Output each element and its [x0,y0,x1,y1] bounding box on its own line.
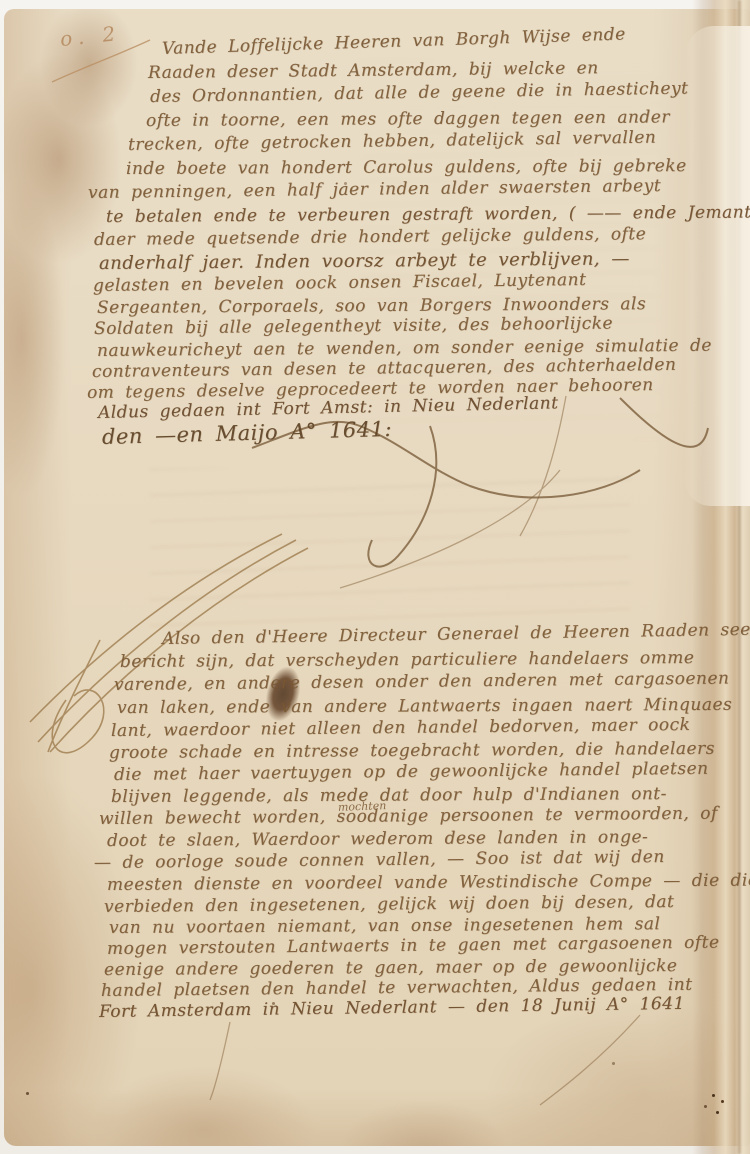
manuscript-line: inde boete van hondert Carolus guldens, … [126,157,687,179]
date-flourish-tail [520,396,566,536]
closing-flourish-tail [210,1022,230,1100]
manuscript-scan: o. 2 Vande Loffelijcke Heeren van Borgh … [0,0,750,1154]
manuscript-line: ofte in toorne, een mes ofte daggen tege… [146,108,670,130]
interlinear-insertion: mochten [338,799,387,814]
ink-specks [0,0,3,3]
date-flourish-tail [340,470,560,588]
manuscript-line: blijven leggende, als mede dat door hulp… [111,785,667,807]
date-flourish [620,398,708,447]
manuscript-line: van laken, ende van andere Lantwaerts in… [117,696,732,718]
closing-flourish-tail [540,1015,640,1105]
manuscript-line: bericht sijn, dat verscheyden particulie… [120,649,695,672]
